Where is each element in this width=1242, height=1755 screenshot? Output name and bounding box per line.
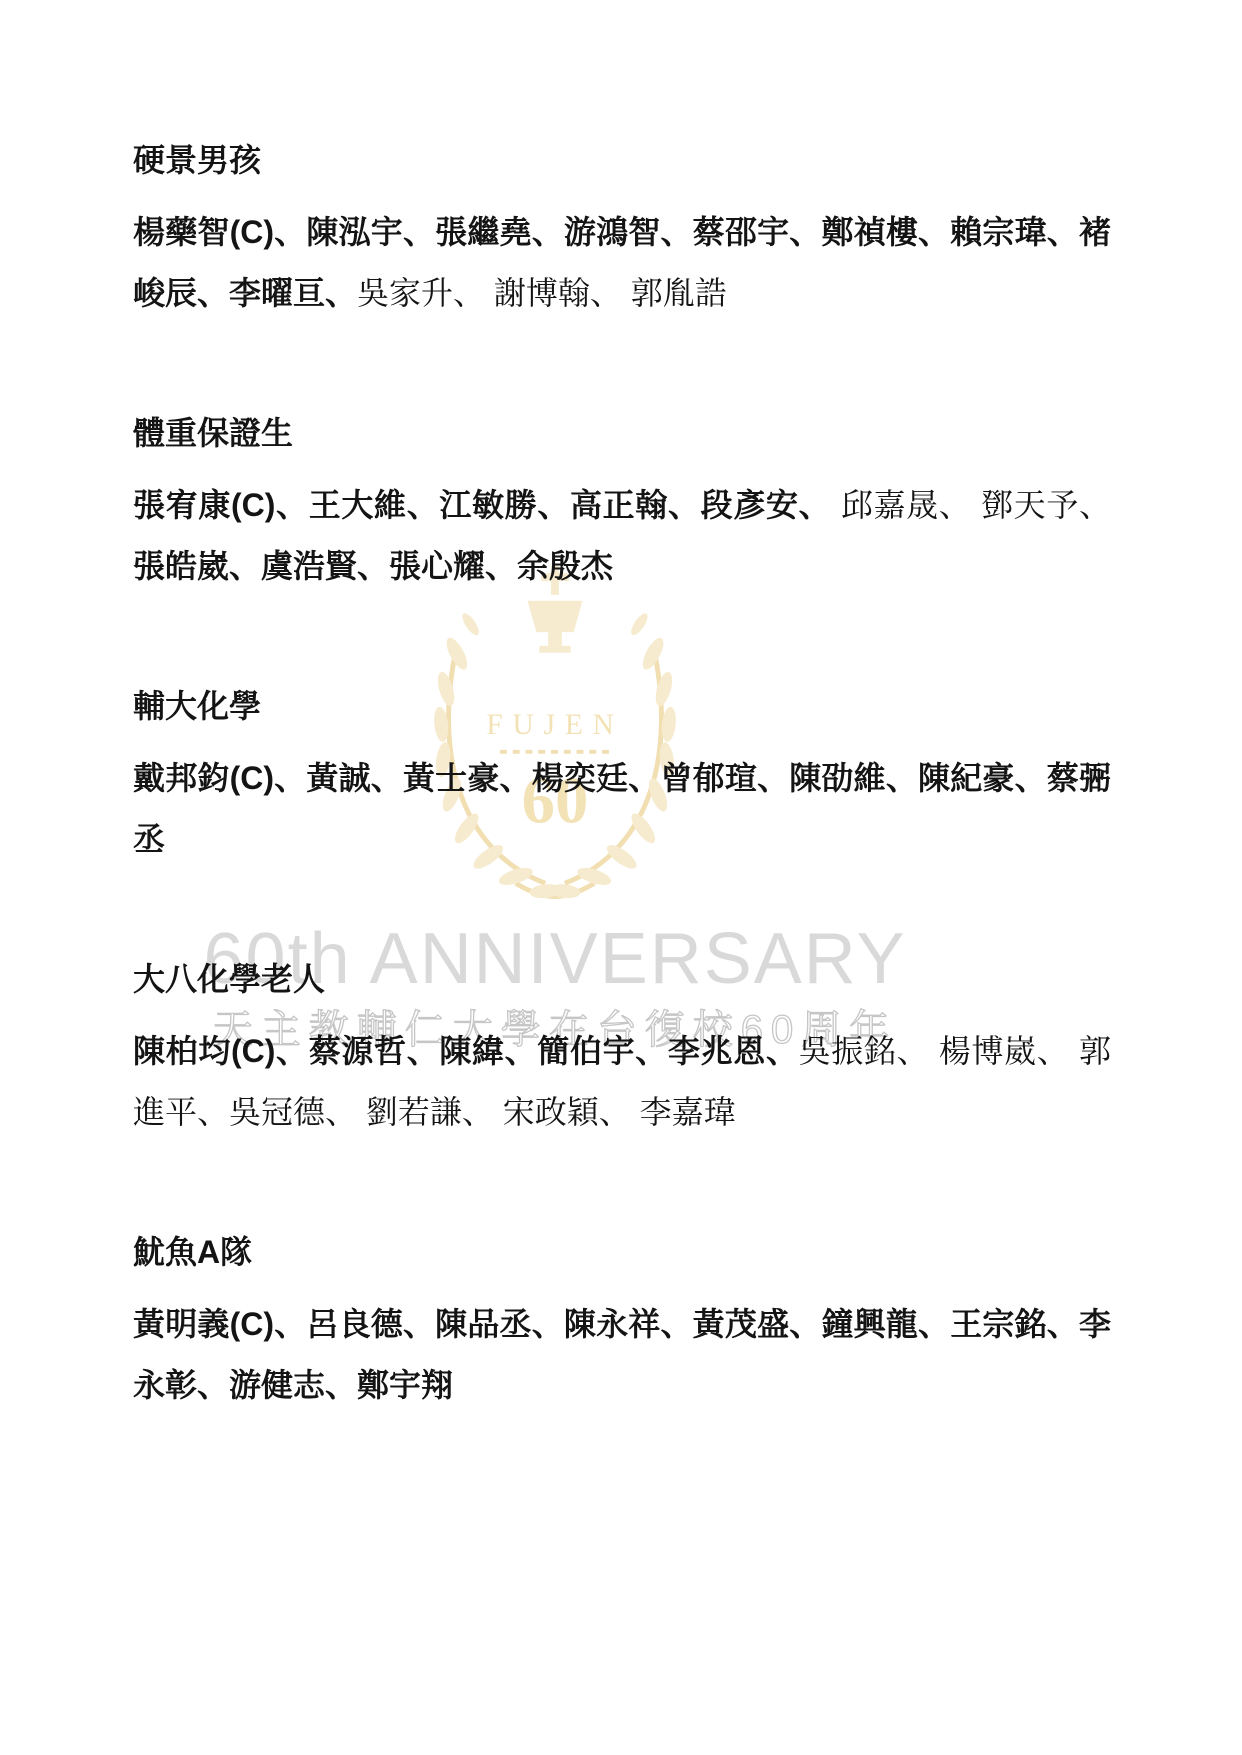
team-section: 大八化學老人 陳柏均(C)、蔡源哲、陳緯、簡伯宇、李兆恩、吳振銘、 楊博崴、 郭… [133,959,1111,1143]
team-name: 大八化學老人 [133,959,1111,999]
team-list: 硬景男孩 楊藥智(C)、陳泓宇、張繼堯、游鴻智、蔡邵宇、鄭禎樓、賴宗瑋、褚峻辰、… [133,140,1111,1505]
team-members: 陳柏均(C)、蔡源哲、陳緯、簡伯宇、李兆恩、吳振銘、 楊博崴、 郭進平、吳冠德、… [133,1021,1111,1143]
team-section: 輔大化學 戴邦鈞(C)、黃誠、黃士豪、楊奕廷、曾郁瑄、陳劭維、陳紀豪、蔡弻丞 [133,686,1111,870]
team-members: 楊藥智(C)、陳泓宇、張繼堯、游鴻智、蔡邵宇、鄭禎樓、賴宗瑋、褚峻辰、李曜亘、吳… [133,202,1111,324]
team-members: 戴邦鈞(C)、黃誠、黃士豪、楊奕廷、曾郁瑄、陳劭維、陳紀豪、蔡弻丞 [133,748,1111,870]
team-name: 魷魚A隊 [133,1232,1111,1272]
member-names-segment: 張宥康(C)、王大維、江敏勝、高正翰、段彥安、 [133,487,831,523]
team-members: 黃明義(C)、呂良德、陳品丞、陳永祥、黃茂盛、鐘興龍、王宗銘、李永彰、游健志、鄭… [133,1294,1111,1416]
member-names-segment: 張皓崴、虞浩賢、張心耀、余殷杰 [133,548,613,584]
member-names-segment: 黃明義(C)、呂良德、陳品丞、陳永祥、黃茂盛、鐘興龍、王宗銘、李永彰、游健志、鄭… [133,1306,1111,1403]
team-section: 魷魚A隊 黃明義(C)、呂良德、陳品丞、陳永祥、黃茂盛、鐘興龍、王宗銘、李永彰、… [133,1232,1111,1416]
member-names-segment: 吳家升、 謝博翰、 郭胤誥 [357,275,727,311]
member-names-segment: 戴邦鈞(C)、黃誠、黃士豪、楊奕廷、曾郁瑄、陳劭維、陳紀豪、蔡弻丞 [133,760,1111,857]
team-members: 張宥康(C)、王大維、江敏勝、高正翰、段彥安、 邱嘉晟、 鄧天予、 張皓崴、虞浩… [133,475,1111,597]
member-names-segment: 陳柏均(C)、蔡源哲、陳緯、簡伯宇、李兆恩、 [133,1033,799,1069]
team-section: 硬景男孩 楊藥智(C)、陳泓宇、張繼堯、游鴻智、蔡邵宇、鄭禎樓、賴宗瑋、褚峻辰、… [133,140,1111,324]
team-name: 體重保證生 [133,413,1111,453]
team-name: 輔大化學 [133,686,1111,726]
team-name: 硬景男孩 [133,140,1111,180]
team-section: 體重保證生 張宥康(C)、王大維、江敏勝、高正翰、段彥安、 邱嘉晟、 鄧天予、 … [133,413,1111,597]
member-names-segment: 邱嘉晟、 鄧天予、 [831,487,1111,523]
document-page: FUJEN 60 60th ANNIVERSARY 天主教輔仁大學在台復校60周… [0,0,1242,1755]
